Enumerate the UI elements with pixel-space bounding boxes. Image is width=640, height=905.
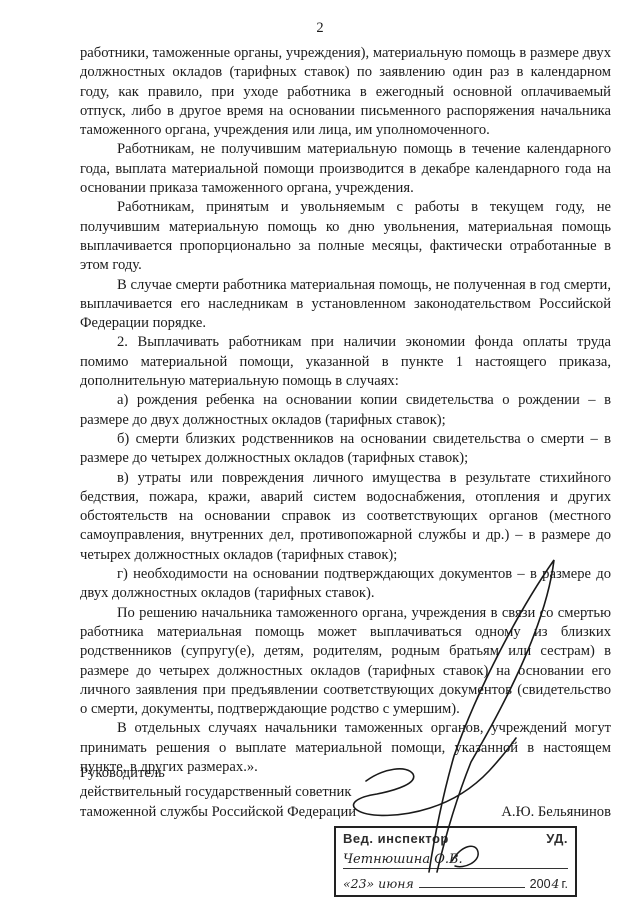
page-number: 2 (0, 20, 640, 37)
document-body: работники, таможенные органы, учреждения… (80, 44, 611, 777)
stamp-title: Вед. инспектор УД. (343, 831, 568, 846)
paragraph: работники, таможенные органы, учреждения… (80, 44, 611, 140)
signer-title-line-3-text: таможенной службы Российской Федерации (80, 803, 356, 822)
signer-title-line-1: Руководитель (80, 764, 611, 783)
paragraph: в) утраты или повреждения личного имущес… (80, 469, 611, 565)
signature-block: Руководитель действительный государствен… (80, 764, 611, 822)
paragraph: Работникам, не получившим материальную п… (80, 140, 611, 198)
paragraph: а) рождения ребенка на основании копии с… (80, 391, 611, 430)
paragraph: 2. Выплачивать работникам при наличии эк… (80, 333, 611, 391)
signer-title-line-3: таможенной службы Российской Федерации А… (80, 803, 611, 822)
paragraph: б) смерти близких родственников на основ… (80, 430, 611, 469)
paragraph: г) необходимости на основании подтвержда… (80, 565, 611, 604)
stamp-date-handwritten: «23» июня (343, 876, 414, 891)
stamp-date-blank-line (419, 876, 525, 888)
stamp-handwritten-name: Четнюшина О.В. (343, 852, 568, 869)
stamp-year-handwritten: 4 (552, 876, 560, 891)
stamp-year-suffix: г. (561, 877, 568, 891)
registration-stamp: Вед. инспектор УД. Четнюшина О.В. «23» и… (334, 826, 577, 897)
stamp-year-printed: 200 (530, 877, 551, 891)
stamp-title-left: Вед. инспектор (343, 831, 449, 846)
signer-title-line-2: действительный государственный советник (80, 783, 611, 802)
stamp-title-right: УД. (546, 831, 568, 846)
signer-name: А.Ю. Бельянинов (501, 803, 611, 822)
paragraph: По решению начальника таможенного органа… (80, 604, 611, 720)
stamp-date-line: «23» июня 200 4 г. (343, 876, 568, 891)
paragraph: В случае смерти работника материальная п… (80, 276, 611, 334)
paragraph: Работникам, принятым и увольняемым с раб… (80, 198, 611, 275)
document-page: { "page": { "number": "2", "background":… (0, 0, 640, 905)
